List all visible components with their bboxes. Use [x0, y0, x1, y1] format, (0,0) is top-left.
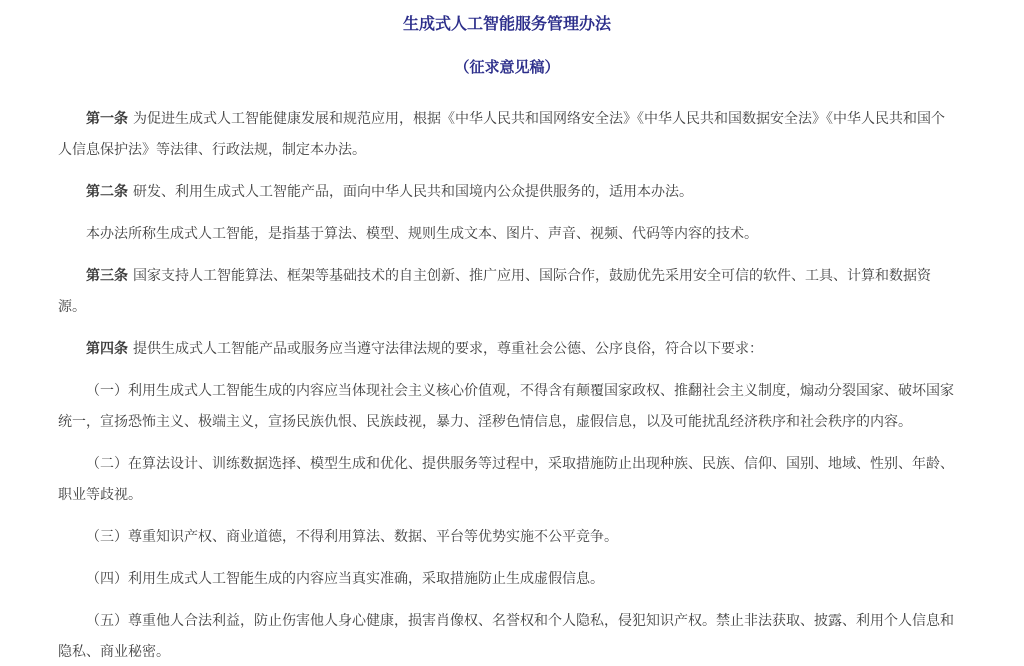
item-1-text: （一）利用生成式人工智能生成的内容应当体现社会主义核心价值观，不得含有颠覆国家政…: [58, 382, 954, 429]
item-3-text: （三）尊重知识产权、商业道德，不得利用算法、数据、平台等优势实施不公平竞争。: [86, 528, 618, 544]
article-3-label: 第三条: [86, 267, 128, 283]
article-4-label: 第四条: [86, 340, 128, 356]
article-2-label: 第二条: [86, 183, 128, 199]
paragraph-article-3: 第三条国家支持人工智能算法、框架等基础技术的自主创新、推广应用、国际合作，鼓励优…: [58, 260, 956, 322]
paragraph-item-2: （二）在算法设计、训练数据选择、模型生成和优化、提供服务等过程中，采取措施防止出…: [58, 448, 956, 510]
article-4-text: 提供生成式人工智能产品或服务应当遵守法律法规的要求，尊重社会公德、公序良俗，符合…: [133, 340, 763, 356]
article-1-label: 第一条: [86, 110, 128, 126]
item-4-text: （四）利用生成式人工智能生成的内容应当真实准确，采取措施防止生成虚假信息。: [86, 570, 604, 586]
paragraph-definition: 本办法所称生成式人工智能，是指基于算法、模型、规则生成文本、图片、声音、视频、代…: [58, 218, 956, 249]
article-3-text: 国家支持人工智能算法、框架等基础技术的自主创新、推广应用、国际合作，鼓励优先采用…: [58, 267, 931, 314]
paragraph-item-1: （一）利用生成式人工智能生成的内容应当体现社会主义核心价值观，不得含有颠覆国家政…: [58, 375, 956, 437]
paragraph-item-5: （五）尊重他人合法利益，防止伤害他人身心健康，损害肖像权、名誉权和个人隐私，侵犯…: [58, 605, 956, 666]
document-title: 生成式人工智能服务管理办法: [58, 14, 956, 36]
document-subtitle: （征求意见稿）: [58, 57, 956, 79]
paragraph-article-1: 第一条为促进生成式人工智能健康发展和规范应用，根据《中华人民共和国网络安全法》《…: [58, 103, 956, 165]
article-2-text: 研发、利用生成式人工智能产品，面向中华人民共和国境内公众提供服务的，适用本办法。: [133, 183, 693, 199]
paragraph-article-4: 第四条提供生成式人工智能产品或服务应当遵守法律法规的要求，尊重社会公德、公序良俗…: [58, 333, 956, 364]
article-1-text: 为促进生成式人工智能健康发展和规范应用，根据《中华人民共和国网络安全法》《中华人…: [58, 110, 945, 157]
paragraph-item-3: （三）尊重知识产权、商业道德，不得利用算法、数据、平台等优势实施不公平竞争。: [58, 521, 956, 552]
item-2-text: （二）在算法设计、训练数据选择、模型生成和优化、提供服务等过程中，采取措施防止出…: [58, 455, 954, 502]
paragraph-article-2: 第二条研发、利用生成式人工智能产品，面向中华人民共和国境内公众提供服务的，适用本…: [58, 176, 956, 207]
document-page: 生成式人工智能服务管理办法 （征求意见稿） 第一条为促进生成式人工智能健康发展和…: [0, 0, 1024, 666]
definition-text: 本办法所称生成式人工智能，是指基于算法、模型、规则生成文本、图片、声音、视频、代…: [86, 225, 758, 241]
item-5-text: （五）尊重他人合法利益，防止伤害他人身心健康，损害肖像权、名誉权和个人隐私，侵犯…: [58, 612, 954, 659]
document-body: 第一条为促进生成式人工智能健康发展和规范应用，根据《中华人民共和国网络安全法》《…: [58, 103, 956, 666]
paragraph-item-4: （四）利用生成式人工智能生成的内容应当真实准确，采取措施防止生成虚假信息。: [58, 563, 956, 594]
